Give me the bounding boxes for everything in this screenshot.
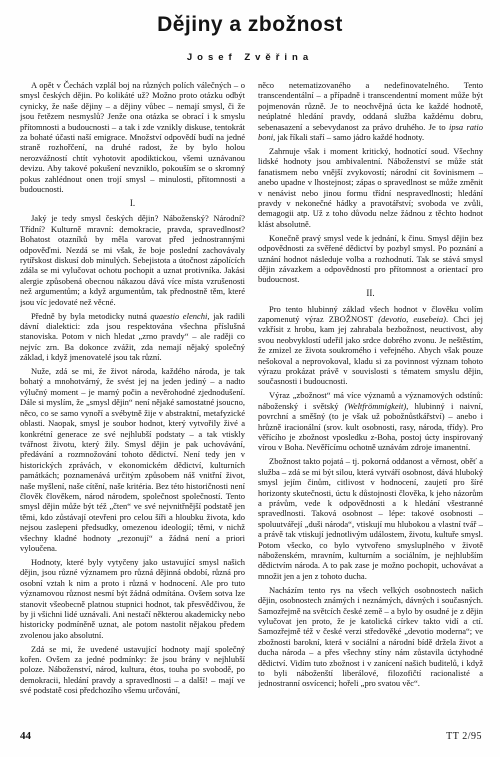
paragraph: Zahrnuje však i moment kritický, hodnotí… — [258, 146, 483, 229]
paragraph: Konečně pravý smysl vede k jednání, k či… — [258, 233, 483, 285]
column-left: A opět v Čechách vzplál boj na různých p… — [20, 80, 245, 712]
footer-page-number: 44 — [20, 730, 31, 742]
column-right: něco netematizovaného a nedefinovatelnéh… — [258, 80, 483, 712]
page-footer: 44 TT 2/95 — [0, 730, 500, 742]
paragraph: Jaký je tedy smysl českých dějin? Nábože… — [20, 213, 245, 307]
paragraph: Zbožnost takto pojatá – tj. pokorná odda… — [258, 456, 483, 581]
footer-journal-ref: TT 2/95 — [446, 731, 482, 742]
paragraph: něco netematizovaného a nedefinovatelnéh… — [258, 80, 483, 142]
paragraph: Nuže, zdá se mi, že život národa, každéh… — [20, 366, 245, 553]
paragraph: Předně by byla metodicky nutná quaestio … — [20, 311, 245, 363]
paragraph: A opět v Čechách vzplál boj na různých p… — [20, 80, 245, 194]
paragraph: Hodnoty, které byly vytyčeny jako ustavu… — [20, 557, 245, 640]
paragraph: Výraz „zbožnost“ má více významů a význa… — [258, 390, 483, 452]
paragraph: Nacházím tento rys na všech velkých osob… — [258, 585, 483, 689]
section-heading: II. — [258, 288, 483, 298]
section-heading: I. — [20, 198, 245, 208]
page-title: Dějiny a zbožnost — [0, 13, 500, 37]
paragraph: Zdá se mi, že uvedené ustavující hodnoty… — [20, 644, 245, 696]
paragraph: Pro tento hlubinný základ všech hodnot v… — [258, 304, 483, 387]
author-name: Josef Zvěřina — [0, 52, 500, 63]
journal-page: Dějiny a zbožnost Josef Zvěřina A opět v… — [0, 0, 500, 757]
article-body: A opět v Čechách vzplál boj na různých p… — [0, 80, 500, 712]
